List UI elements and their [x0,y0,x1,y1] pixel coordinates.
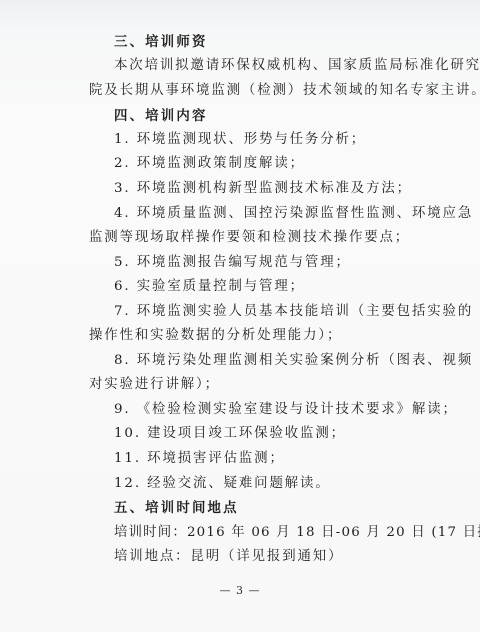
training-place: 培训地点：昆明（详见报到通知） [0,548,480,566]
list-item-10: 10. 建设项目竣工环保验收监测； [0,425,480,443]
section-3-body-line-1: 本次培训拟邀请环保权威机构、国家质监局标准化研究 [0,57,480,75]
list-item-5: 5. 环境监测报告编写规范与管理； [0,254,480,272]
list-item-3: 3. 环境监测机构新型监测技术标准及方法； [0,180,480,198]
list-item-6: 6. 实验室质量控制与管理； [0,278,480,296]
list-item-7-continued: 操作性和实验数据的分析处理能力）； [0,327,480,345]
list-item-8-continued: 对实验进行讲解）； [0,376,480,394]
list-item-1: 1. 环境监测现状、形势与任务分析； [0,131,480,149]
training-time: 培训时间：2016 年 06 月 18 日-06 月 20 日 (17 日报到) [0,524,480,542]
list-item-2: 2. 环境监测政策制度解读； [0,155,480,173]
list-item-12: 12. 经验交流、疑难问题解读。 [0,475,480,493]
document-page: 三、培训师资 本次培训拟邀请环保权威机构、国家质监局标准化研究 院及长期从事环境… [0,0,480,632]
list-item-4-continued: 监测等现场取样操作要领和检测技术操作要点； [0,229,480,247]
list-item-9: 9. 《检验检测实验室建设与设计技术要求》解读； [0,401,480,419]
list-item-8: 8. 环境污染处理监测相关实验案例分析（图表、视频 [0,352,480,370]
section-3-heading: 三、培训师资 [0,33,480,51]
list-item-7: 7. 环境监测实验人员基本技能培训（主要包括实验的 [0,303,480,321]
list-item-11: 11. 环境损害评估监测； [0,450,480,468]
section-5-heading: 五、培训时间地点 [0,499,480,517]
page-number: — 3 — [0,584,480,597]
list-item-4: 4. 环境质量监测、国控污染源监督性监测、环境应急 [0,205,480,223]
section-3-body-line-2: 院及长期从事环境监测（检测）技术领域的知名专家主讲。 [0,82,480,100]
section-4-heading: 四、培训内容 [0,107,480,125]
